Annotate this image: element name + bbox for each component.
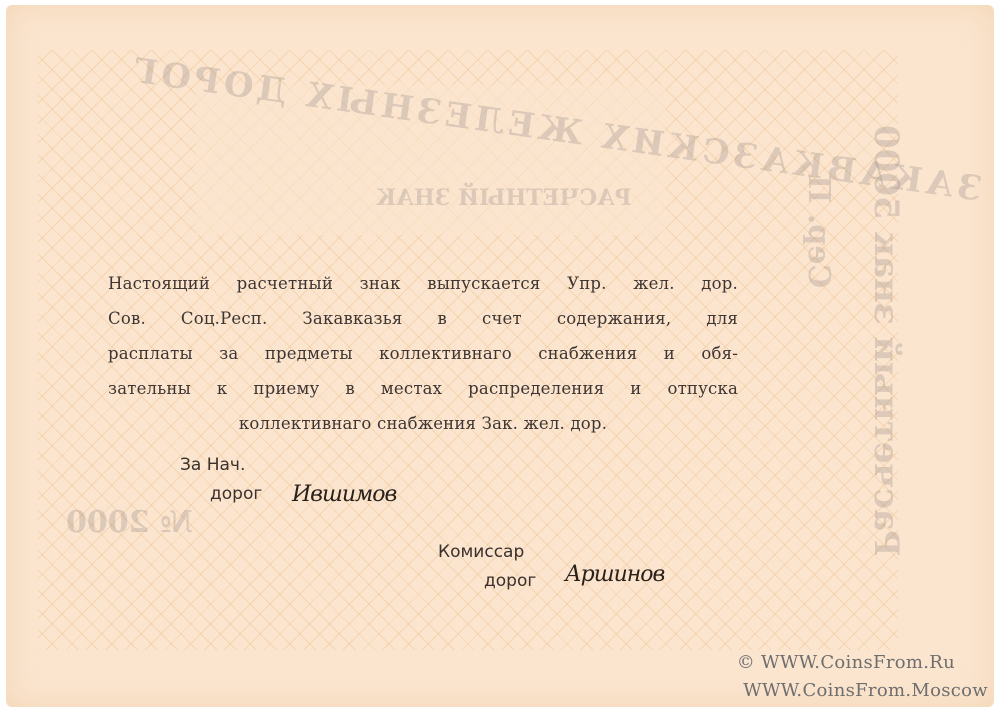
- signature-1: Ившимов: [292, 482, 396, 507]
- signature-2-title: Комиссар: [438, 542, 524, 562]
- statement-line: расплаты за предметы коллективнаго снабж…: [108, 336, 738, 371]
- statement-line: Настоящий расчетный знак выпускается Упр…: [108, 266, 738, 301]
- statement-line: Сов. Соц.Респ. Закавказья в счет содержа…: [108, 301, 738, 336]
- signature-2-subtitle: дорог: [484, 571, 536, 591]
- show-through-number: № 2000: [66, 505, 193, 540]
- watermark-line-2: WWW.CoinsFrom.Moscow: [743, 680, 988, 701]
- signature-1-title: За Нач.: [180, 455, 245, 475]
- show-through-series: Сер. П: [801, 175, 836, 288]
- statement-line: зательны к приему в местах распределения…: [108, 371, 738, 406]
- signature-2: Аршинов: [565, 562, 664, 587]
- show-through-vertical: Расчетный знак 5000: [866, 125, 906, 557]
- statement-line: коллективнаго снабжения Зак. жел. дор.: [108, 406, 738, 441]
- watermark-line-1: © WWW.CoinsFrom.Ru: [737, 652, 955, 673]
- issue-statement: Настоящий расчетный знак выпускается Упр…: [108, 266, 738, 441]
- signature-1-subtitle: дорог: [210, 484, 262, 504]
- show-through-subtitle: РАСЧЕТНЫЙ ЗНАК: [376, 185, 631, 211]
